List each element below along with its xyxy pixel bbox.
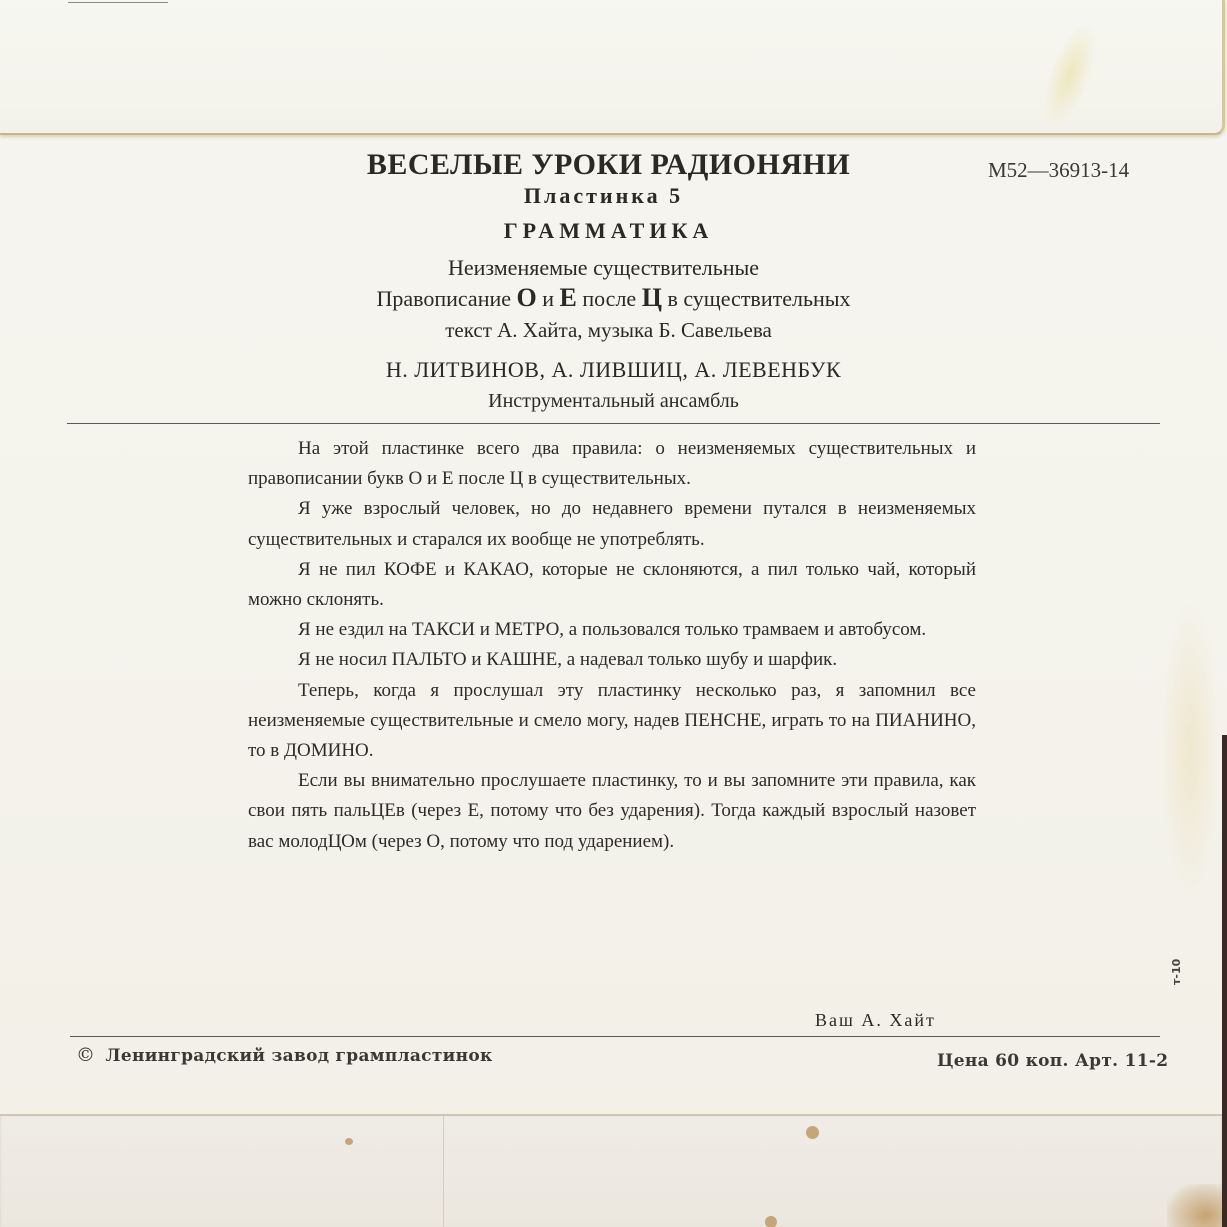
crease <box>443 1116 444 1227</box>
topic-line-2: Правописание О и Е после Ц в существител… <box>0 283 1227 313</box>
letter-ts: Ц <box>642 283 662 312</box>
topic-line-1: Неизменяемые существительные <box>0 255 1227 281</box>
topic-after: после <box>582 286 636 311</box>
paragraph: Я уже взрослый человек, но до недавнего … <box>248 494 976 554</box>
record-edge <box>1222 735 1227 1227</box>
disc-label: Пластинка 5 <box>0 183 1227 209</box>
catalog-number: М52—36913-14 <box>988 158 1129 183</box>
bottom-flap <box>0 1114 1222 1227</box>
line-fragment <box>68 2 168 3</box>
stain-dot <box>345 1138 353 1145</box>
stain <box>1167 1184 1222 1227</box>
letter-e: Е <box>560 283 577 312</box>
divider-top <box>67 423 1160 424</box>
credits: текст А. Хайта, музыка Б. Савельева <box>0 318 1227 343</box>
print-code: т-10 <box>1170 959 1183 985</box>
paragraph: Теперь, когда я прослушал эту пластинку … <box>248 676 976 767</box>
topic-and: и <box>542 286 554 311</box>
paragraph: На этой пластинке всего два правила: о н… <box>248 434 976 494</box>
subject-title: ГРАММАТИКА <box>0 218 1227 244</box>
ensemble: Инструментальный ансамбль <box>0 390 1227 413</box>
stain-dot <box>765 1216 777 1227</box>
topic-prefix: Правописание <box>376 286 511 311</box>
copyright-icon: © <box>76 1044 95 1066</box>
stain-dot <box>806 1126 819 1139</box>
copyright: © Ленинградский завод грампластинок <box>76 1044 493 1066</box>
stain <box>1032 16 1107 133</box>
price: Цена 60 коп. Арт. 11-2 <box>937 1051 1168 1071</box>
paragraph: Я не ездил на ТАКСИ и МЕТРО, а пользовал… <box>248 615 976 645</box>
signature: Ваш А. Хайт <box>815 1010 936 1031</box>
divider-bottom <box>70 1036 1160 1037</box>
performers: Н. ЛИТВИНОВ, А. ЛИВШИЦ, А. ЛЕВЕНБУК <box>0 357 1227 383</box>
paragraph: Я не носил ПАЛЬТО и КАШНЕ, а надевал тол… <box>248 645 976 675</box>
paragraph: Я не пил КОФЕ и КАКАО, которые не склоня… <box>248 555 976 615</box>
paragraph: Если вы внимательно прослушаете пластинк… <box>248 766 976 857</box>
top-flap <box>0 0 1225 135</box>
topic-suffix: в существительных <box>667 286 850 311</box>
publisher: Ленинградский завод грампластинок <box>106 1046 493 1066</box>
stain <box>1160 600 1220 900</box>
record-sleeve-back: ВЕСЕЛЫЕ УРОКИ РАДИОНЯНИ М52—36913-14 Пла… <box>0 0 1227 1227</box>
liner-notes: На этой пластинке всего два правила: о н… <box>248 434 976 857</box>
letter-o: О <box>517 283 537 312</box>
